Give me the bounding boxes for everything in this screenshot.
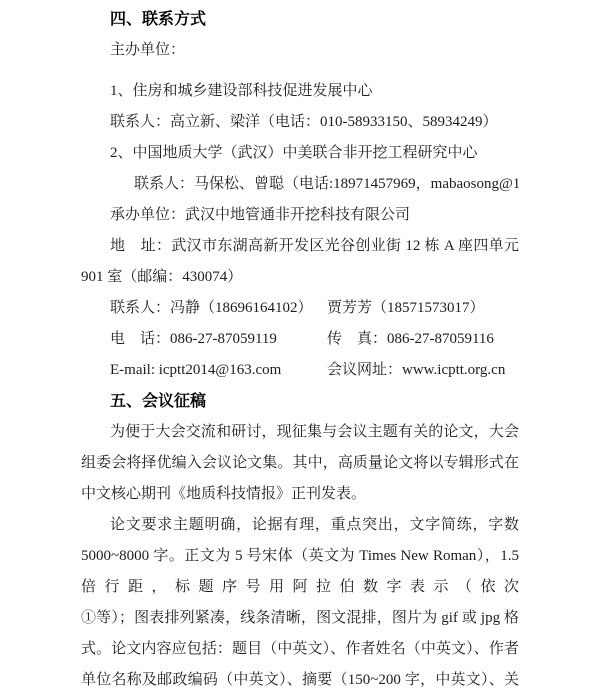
line-text: 2、中国地质大学（武汉）中美联合非开挖工程研究中心 xyxy=(110,145,478,161)
line-text: 901 室（邮编：430074） xyxy=(81,269,242,285)
line-text: 组委会将择优编入会议论文集。其中，高质量论文将以专辑形式在 xyxy=(81,455,519,471)
text-line: 联系人：马保松、曾聪（电话:18971457969，mabaosong@163.… xyxy=(81,169,519,200)
line-text: 主办单位： xyxy=(110,42,185,58)
line-text-left: E-mail: icptt2014@163.com xyxy=(110,362,281,378)
text-line: ①等）；图表排列紧凑，线条清晰，图文混排，图片为 gif 或 jpg 格 xyxy=(81,603,519,634)
line-text-left: 联系人：冯静（18696164102） xyxy=(110,300,313,316)
line-text-left: 电 话：086-27-87059119 xyxy=(110,331,277,347)
text-line: 组委会将择优编入会议论文集。其中，高质量论文将以专辑形式在 xyxy=(81,448,519,479)
line-text: 四、联系方式 xyxy=(110,11,206,28)
text-line: 主办单位： xyxy=(81,35,519,66)
line-text: 倍行距，标题序号用阿拉伯数字表示（依次为“1”、“1.1”、“1.1.1”、 xyxy=(81,579,519,603)
line-text: 中文核心期刊《地质科技情报》正刊发表。 xyxy=(81,486,366,502)
line-text: 为便于大会交流和研讨，现征集与会议主题有关的论文，大会 xyxy=(110,424,519,440)
text-line: 式。论文内容应包括：题目（中英文）、作者姓名（中英文）、作者 xyxy=(81,634,519,665)
text-line: 单位名称及邮政编码（中英文）、摘要（150~200 字，中英文）、关 xyxy=(81,665,519,694)
line-text-right: 会议网址：www.icptt.org.cn xyxy=(327,355,505,386)
text-line: 为便于大会交流和研讨，现征集与会议主题有关的论文，大会 xyxy=(81,417,519,448)
line-text: 联系人：高立新、梁洋（电话：010-58933150、58934249） xyxy=(110,114,498,130)
section-heading: 五、会议征稿 xyxy=(81,386,519,417)
section-heading: 四、联系方式 xyxy=(81,4,519,35)
text-line: 5000~8000 字。正文为 5 号宋体（英文为 Times New Roma… xyxy=(81,541,519,572)
text-line: 论文要求主题明确，论据有理，重点突出，文字简练，字数 xyxy=(81,510,519,541)
line-text: ①等）；图表排列紧凑，线条清晰，图文混排，图片为 gif 或 jpg 格 xyxy=(81,610,519,626)
text-line: 2、中国地质大学（武汉）中美联合非开挖工程研究中心 xyxy=(81,138,519,169)
line-text: 承办单位：武汉中地管通非开挖科技有限公司 xyxy=(110,207,410,223)
line-text: 单位名称及邮政编码（中英文）、摘要（150~200 字，中英文）、关 xyxy=(81,672,519,688)
line-text: 五、会议征稿 xyxy=(110,393,206,410)
line-text: 5000~8000 字。正文为 5 号宋体（英文为 Times New Roma… xyxy=(81,548,519,564)
text-line: 地 址：武汉市东湖高新开发区光谷创业街 12 栋 A 座四单元 xyxy=(81,231,519,262)
line-text: 论文要求主题明确，论据有理，重点突出，文字简练，字数 xyxy=(110,517,519,533)
text-line: 中文核心期刊《地质科技情报》正刊发表。 xyxy=(81,479,519,510)
line-text: 联系人：马保松、曾聪（电话:18971457969，mabaosong@163.… xyxy=(134,176,519,192)
text-line: 倍行距，标题序号用阿拉伯数字表示（依次为“1”、“1.1”、“1.1.1”、 xyxy=(81,572,519,603)
line-text: 式。论文内容应包括：题目（中英文）、作者姓名（中英文）、作者 xyxy=(81,641,519,657)
two-column-line: 电 话：086-27-87059119 传 真：086-27-87059116 xyxy=(81,324,519,355)
document-page: 四、联系方式主办单位：1、住房和城乡建设部科技促进发展中心联系人：高立新、梁洋（… xyxy=(0,0,600,694)
text-line: 1、住房和城乡建设部科技促进发展中心 xyxy=(81,76,519,107)
line-text: 地 址：武汉市东湖高新开发区光谷创业街 12 栋 A 座四单元 xyxy=(110,238,519,254)
line-text: 1、住房和城乡建设部科技促进发展中心 xyxy=(110,83,373,99)
text-line: 联系人：高立新、梁洋（电话：010-58933150、58934249） xyxy=(81,107,519,138)
two-column-line: 联系人：冯静（18696164102） 贾芳芳（18571573017） xyxy=(81,293,519,324)
line-text-right: 贾芳芳（18571573017） xyxy=(327,293,485,324)
text-line: 承办单位：武汉中地管通非开挖科技有限公司 xyxy=(81,200,519,231)
two-column-line: E-mail: icptt2014@163.com 会议网址：www.icptt… xyxy=(81,355,519,386)
line-text-right: 传 真：086-27-87059116 xyxy=(327,324,494,355)
text-line: 901 室（邮编：430074） xyxy=(81,262,519,293)
document-body: 四、联系方式主办单位：1、住房和城乡建设部科技促进发展中心联系人：高立新、梁洋（… xyxy=(81,4,519,694)
